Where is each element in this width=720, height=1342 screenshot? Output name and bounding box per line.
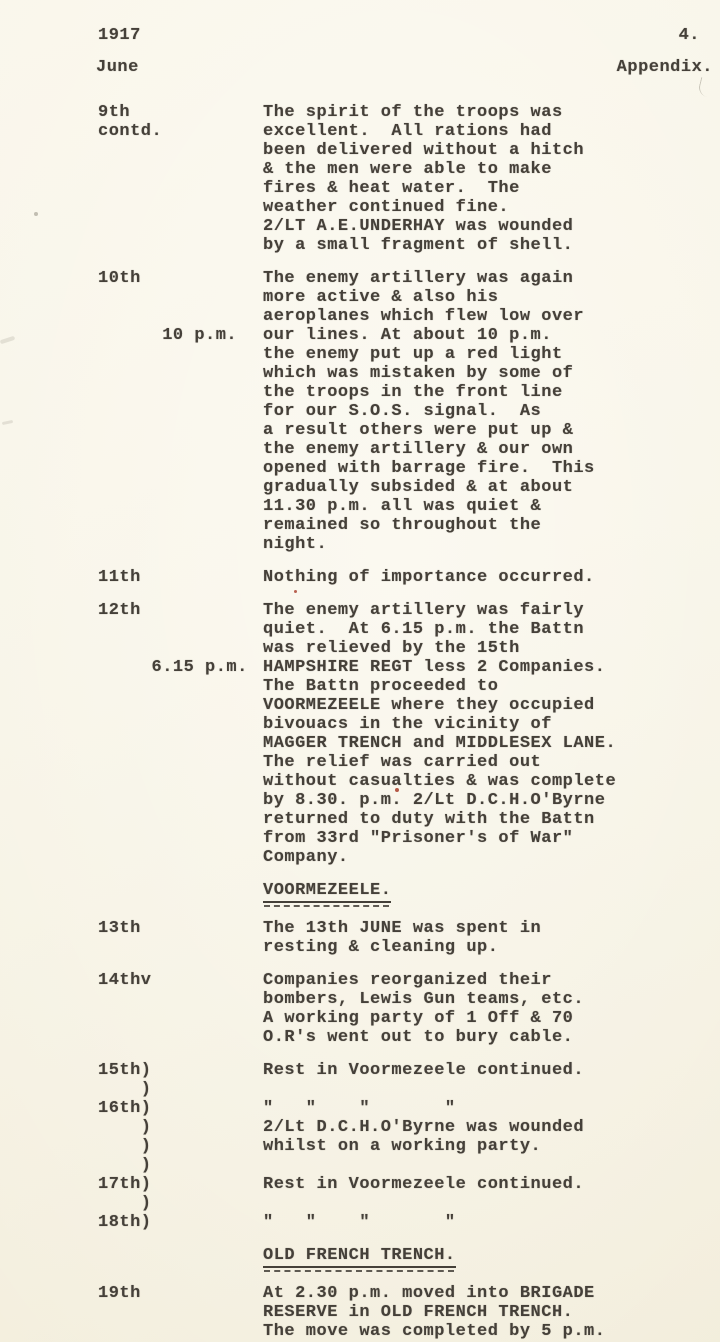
entry-date: 9th contd. — [98, 103, 263, 255]
section-header-voormezeele: VOORMEZEELE. — [263, 881, 720, 903]
entry-text: At 2.30 p.m. moved into BRIGADE RESERVE … — [263, 1284, 605, 1341]
entry-text: The enemy artillery was fairly quiet. At… — [263, 601, 616, 867]
diary-entry-11th: 11th Nothing of importance occurred. — [98, 568, 720, 587]
entry-date: 11th — [98, 568, 263, 587]
diary-entry-10th: 10th 10 p.m. The enemy artillery was aga… — [98, 269, 720, 554]
entry-date: 19th — [98, 1284, 263, 1341]
entry-text: The 13th JUNE was spent in resting & cle… — [263, 919, 541, 957]
war-diary-page: 1917 4. June Appendix. 9th contd. The sp… — [0, 0, 720, 1342]
red-ink-speck — [395, 788, 399, 792]
diary-entry-14th: 14thv Companies reorganized their bomber… — [98, 971, 720, 1047]
diary-entry-19th: 19th At 2.30 p.m. moved into BRIGADE RES… — [98, 1284, 720, 1341]
entry-date: 13th — [98, 919, 263, 957]
entry-text: The enemy artillery was again more activ… — [263, 269, 595, 554]
diary-entries: 9th contd. The spirit of the troops was … — [0, 103, 720, 1341]
diary-entry-15th-18th: 15th) ) 16th) ) ) ) 17th) ) 18th) Rest i… — [98, 1061, 720, 1232]
pencil-curve-mark — [697, 77, 711, 97]
red-ink-speck — [294, 590, 297, 593]
diary-entry-9th: 9th contd. The spirit of the troops was … — [98, 103, 720, 255]
month-label: June — [96, 58, 139, 77]
entry-text: Companies reorganized their bombers, Lew… — [263, 971, 584, 1047]
diary-entry-13th: 13th The 13th JUNE was spent in resting … — [98, 919, 720, 957]
entry-text: The spirit of the troops was excellent. … — [263, 103, 584, 255]
entry-date: 14thv — [98, 971, 263, 1047]
page-number: 4. — [679, 26, 700, 45]
page-header-sub: June Appendix. — [0, 45, 720, 77]
ink-dot — [34, 212, 38, 216]
page-header-top: 1917 4. — [0, 0, 720, 45]
entry-text: Rest in Voormezeele continued. " " " " 2… — [263, 1061, 584, 1232]
diary-entry-12th: 12th 6.15 p.m. The enemy artillery was f… — [98, 601, 720, 867]
section-header-old-french-trench: OLD FRENCH TRENCH. — [263, 1246, 720, 1268]
section-title: VOORMEZEELE. — [263, 881, 391, 903]
section-title: OLD FRENCH TRENCH. — [263, 1246, 456, 1268]
entry-text: Nothing of importance occurred. — [263, 568, 595, 587]
entry-date: 12th 6.15 p.m. — [98, 601, 263, 867]
entry-date: 10th 10 p.m. — [98, 269, 263, 554]
year-label: 1917 — [98, 26, 141, 45]
appendix-label: Appendix. — [617, 58, 713, 77]
entry-date: 15th) ) 16th) ) ) ) 17th) ) 18th) — [98, 1061, 263, 1232]
